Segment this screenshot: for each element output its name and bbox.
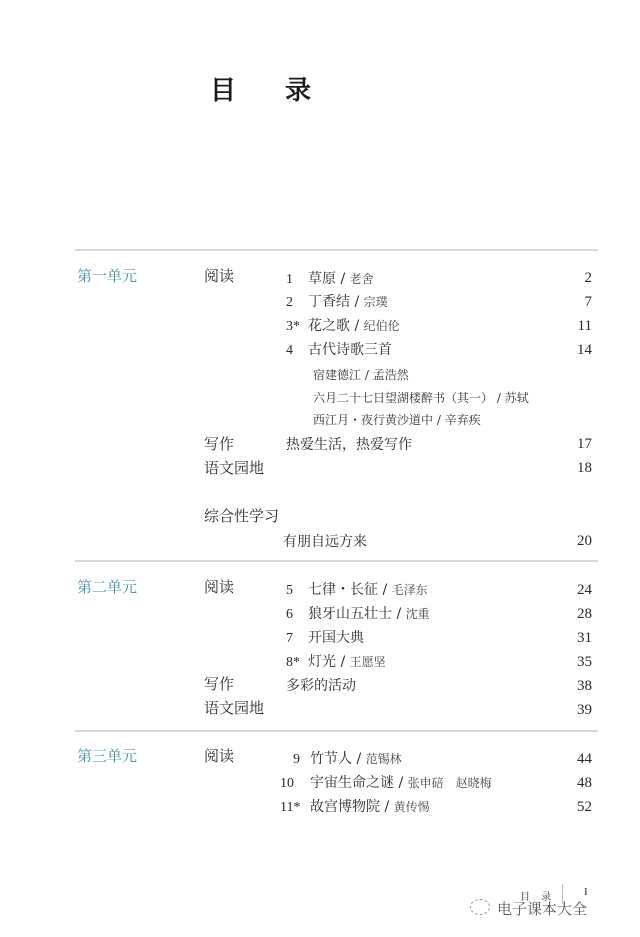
toc-entry[interactable]: 6狼牙山五壮士 / 沈重: [286, 603, 430, 623]
page-number: 24: [577, 582, 592, 599]
page-number: 11: [578, 318, 592, 335]
unit-label: 第二单元: [77, 576, 137, 597]
page-number: 28: [577, 606, 592, 623]
category-label[interactable]: 语文园地: [204, 697, 264, 718]
toc-entry[interactable]: 有朋自远方来: [283, 531, 367, 551]
page-number: 20: [577, 533, 592, 550]
page-number: 17: [577, 436, 592, 453]
page-number: 35: [577, 654, 592, 671]
unit-divider: [75, 730, 598, 732]
page-title: 目 录: [210, 70, 331, 107]
page-number: 7: [585, 294, 593, 311]
category-label: 写作: [204, 433, 234, 454]
page-number: 31: [577, 630, 592, 647]
page-number: 38: [577, 678, 592, 695]
toc-entry[interactable]: 2丁香结 / 宗璞: [286, 291, 388, 311]
toc-entry[interactable]: 9竹节人 / 范锡林: [284, 748, 402, 768]
toc-entry[interactable]: 多彩的活动: [286, 675, 356, 695]
category-label: 阅读: [204, 265, 234, 286]
page-number: 44: [577, 751, 592, 768]
wechat-icon: [470, 899, 490, 915]
watermark: 电子课本大全: [497, 898, 587, 919]
page-number: 39: [577, 702, 592, 719]
toc-entry[interactable]: 热爱生活，热爱写作: [286, 434, 412, 454]
toc-entry[interactable]: 3*花之歌 / 纪伯伦: [286, 315, 400, 335]
page-number: 14: [577, 342, 592, 359]
category-label: 写作: [204, 673, 234, 694]
unit-divider: [75, 560, 598, 562]
category-label: 阅读: [204, 576, 234, 597]
poem-entry[interactable]: 西江月・夜行黄沙道中 / 辛弃疾: [313, 411, 481, 428]
toc-entry[interactable]: 10宇宙生命之谜 / 张申碚 赵晓梅: [280, 772, 492, 792]
toc-entry[interactable]: 7开国大典: [286, 627, 364, 647]
category-label: 阅读: [204, 745, 234, 766]
page-number: 2: [585, 270, 593, 287]
unit-label: 第一单元: [77, 265, 137, 286]
page-number: 48: [577, 775, 592, 792]
category-label: 综合性学习: [204, 505, 279, 526]
toc-entry[interactable]: 1草原 / 老舍: [286, 268, 374, 288]
footer-page-number: I: [584, 886, 588, 898]
unit-label: 第三单元: [77, 745, 137, 766]
category-label[interactable]: 语文园地: [204, 457, 264, 478]
toc-entry[interactable]: 5七律・长征 / 毛泽东: [286, 579, 428, 599]
poem-entry[interactable]: 宿建德江 / 孟浩然: [313, 366, 409, 383]
toc-entry[interactable]: 11*故宫博物院 / 黄传惕: [280, 796, 430, 816]
toc-entry[interactable]: 8*灯光 / 王愿坚: [286, 651, 386, 671]
page-number: 18: [577, 460, 592, 477]
poem-entry[interactable]: 六月二十七日望湖楼醉书（其一） / 苏轼: [313, 389, 529, 406]
unit-divider: [75, 249, 598, 251]
page-number: 52: [577, 799, 592, 816]
toc-entry[interactable]: 4古代诗歌三首: [286, 339, 392, 359]
